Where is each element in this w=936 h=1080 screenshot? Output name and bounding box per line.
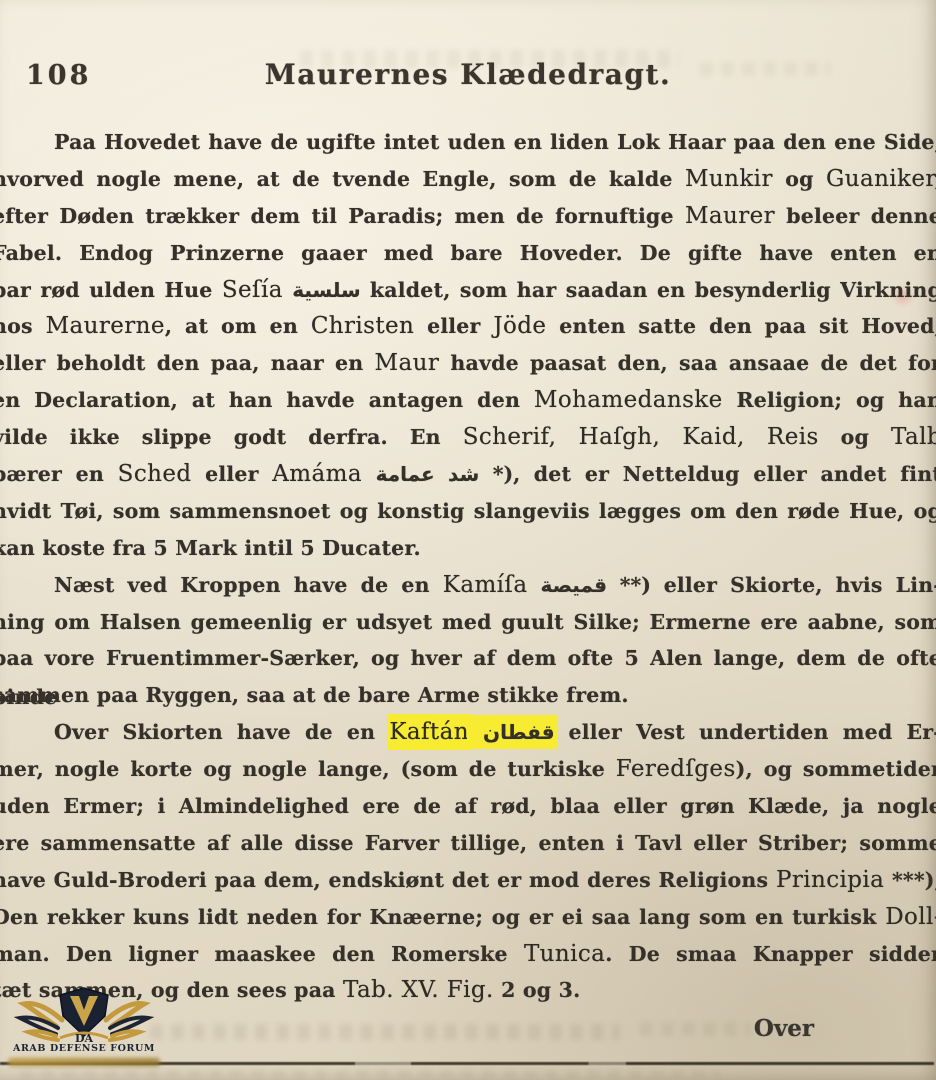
text-segment: hos: [0, 314, 46, 338]
text-line: Den rekker kuns lidt neden for Knæerne; …: [0, 899, 936, 936]
catchword: Over: [754, 1015, 814, 1042]
text-line: vilde ikke slippe godt derfra. En Scheri…: [0, 419, 936, 456]
antiqua-word: Munkir: [685, 166, 773, 192]
text-segment: beleer denne: [775, 204, 936, 228]
shield-icon: [60, 988, 108, 1036]
antiqua-word: Jöde: [493, 313, 546, 339]
antiqua-word: Maur: [375, 350, 440, 376]
text-line: hvorved nogle mene, at de tvende Engle, …: [0, 161, 936, 198]
arabic-word: شد عمامة: [376, 462, 480, 486]
antiqua-word: Talb: [891, 424, 936, 450]
text-line: bar rød ulden Hue Seſía سلسية kaldet, so…: [0, 272, 936, 309]
text-line: uden Ermer; i Almindelighed ere de af rø…: [0, 788, 936, 825]
antiqua-word: Maurerne: [46, 313, 165, 339]
text-segment: hvidt Tøi, som sammensnoet og konstig sl…: [0, 499, 936, 523]
text-line: Over Skiorten have de en Kaftán قفطان el…: [0, 714, 936, 751]
text-segment: have Guld-Broderi paa dem, endskiønt det…: [0, 868, 776, 892]
text-segment: *), det er Netteldug eller andet fint: [479, 462, 936, 486]
antiqua-word: Maurer: [685, 203, 775, 229]
text-segment: bar rød ulden Hue: [0, 278, 222, 302]
right-wing-icon: [106, 1004, 148, 1040]
antiqua-word: Tunica: [524, 941, 605, 967]
text-line: Paa Hovedet have de ugifte intet uden en…: [0, 124, 936, 161]
antiqua-word: Tab. XV. Fig.: [343, 977, 494, 1003]
antiqua-word: Seſía: [222, 277, 283, 303]
text-line: en Declaration, at han havde antagen den…: [0, 382, 936, 419]
eagle-shield-icon: DA: [4, 986, 164, 1044]
text-segment: [362, 462, 376, 486]
bleed-through-smudge: [640, 1022, 750, 1036]
scanned-book-page: 108 Maurernes Klædedragt. Paa Hovedet ha…: [0, 0, 936, 1080]
text-segment: , at om en: [165, 314, 311, 338]
antiqua-word: Principia: [776, 867, 884, 893]
text-segment: ere sammensatte af alle disse Farver til…: [0, 831, 936, 855]
watermark-url-blur: [8, 1058, 160, 1066]
text-line: paa vore Fruentimmer-Særker, og hver af …: [0, 640, 936, 677]
text-line: ning om Halsen gemeenlig er udsyet med g…: [0, 604, 936, 641]
arabic-word: قميصة: [540, 573, 607, 597]
text-segment: [527, 573, 540, 597]
text-line: sammen paa Ryggen, saa at de bare Arme s…: [0, 677, 936, 714]
text-segment: eller beholdt den paa, naar en: [0, 351, 375, 375]
text-segment: ning om Halsen gemeenlig er udsyet med g…: [0, 610, 936, 634]
text-segment: . De smaa Knapper sidder: [605, 942, 936, 966]
arabic-word: سلسية: [292, 278, 360, 302]
text-segment: efter Døden trækker dem til Paradis; men…: [0, 204, 685, 228]
text-segment: bærer en: [0, 462, 118, 486]
text-line: bærer en Sched eller Amáma شد عمامة *), …: [0, 456, 936, 493]
bleed-through-smudge: [150, 1024, 620, 1040]
text-segment: ***),: [884, 868, 936, 892]
text-segment: Over Skiorten have de en: [54, 720, 389, 744]
text-line: have Guld-Broderi paa dem, endskiønt det…: [0, 862, 936, 899]
text-segment: kan koste fra 5 Mark intil 5 Ducater.: [0, 536, 421, 560]
text-segment: vilde ikke slippe godt derfra. En: [0, 425, 463, 449]
watermark-logo: DA ARAB DEFENSE FORUM: [4, 986, 174, 1078]
text-segment: **) eller Skiorte, hvis Lin-: [607, 573, 936, 597]
text-segment: eller: [191, 462, 272, 486]
text-segment: og: [773, 167, 826, 191]
text-line: ere sammensatte af alle disse Farver til…: [0, 825, 936, 862]
text-segment: hvorved nogle mene, at de tvende Engle, …: [0, 167, 685, 191]
body-text: Paa Hovedet have de ugifte intet uden en…: [0, 124, 936, 1009]
text-segment: eller Vest undertiden med Er-: [555, 720, 936, 744]
antiqua-word: Kamíſa: [443, 572, 528, 598]
antiqua-word: Feredſges: [616, 756, 736, 782]
text-segment: eller: [414, 314, 493, 338]
antiqua-word: Guaniker,: [826, 166, 936, 192]
text-segment: man. Den ligner maaskee den Romerske: [0, 942, 524, 966]
text-segment: Religion; og han: [723, 388, 936, 412]
text-segment: havde paasat den, saa ansaae de det for: [439, 351, 936, 375]
text-segment: uden Ermer; i Almindelighed ere de af rø…: [0, 794, 936, 818]
text-segment: mer, nogle korte og nogle lange, (som de…: [0, 757, 616, 781]
antiqua-word: Doll-: [885, 904, 936, 930]
antiqua-word: Christen: [311, 313, 414, 339]
text-segment: [469, 720, 483, 744]
text-segment: og: [819, 425, 891, 449]
text-line: hos Maurerne, at om en Christen eller Jö…: [0, 308, 936, 345]
text-line: eller beholdt den paa, naar en Maur havd…: [0, 345, 936, 382]
text-segment: 2 og 3.: [494, 978, 581, 1002]
left-wing-icon: [20, 1004, 62, 1040]
text-line: mer, nogle korte og nogle lange, (som de…: [0, 751, 936, 788]
text-segment: ), og sommetider: [736, 757, 936, 781]
watermark-title: ARAB DEFENSE FORUM: [4, 1043, 164, 1054]
arabic-word: قفطان: [483, 720, 555, 744]
antiqua-word: Mohamedanske: [534, 387, 723, 413]
text-segment: en Declaration, at han havde antagen den: [0, 388, 534, 412]
text-line: Fabel. Endog Prinzerne gaaer med bare Ho…: [0, 235, 936, 272]
text-segment: [283, 278, 292, 302]
text-segment: Fabel. Endog Prinzerne gaaer med bare Ho…: [0, 241, 936, 265]
text-line: Næst ved Kroppen have de en Kamíſa قميصة…: [0, 567, 936, 604]
antiqua-word: Kaftán: [389, 719, 469, 745]
running-head: Maurernes Klædedragt.: [0, 58, 936, 91]
text-segment: sammen paa Ryggen, saa at de bare Arme s…: [0, 683, 629, 707]
text-segment: Den rekker kuns lidt neden for Knæerne; …: [0, 905, 885, 929]
text-line: hvidt Tøi, som sammensnoet og konstig sl…: [0, 493, 936, 530]
text-line: kan koste fra 5 Mark intil 5 Ducater.: [0, 530, 936, 567]
antiqua-word: Sched: [118, 461, 192, 487]
antiqua-word: Scherif, Haſgh, Kaid, Reis: [463, 424, 819, 450]
text-segment: Paa Hovedet have de ugifte intet uden en…: [54, 130, 936, 154]
text-segment: enten satte den paa sit Hoved,: [546, 314, 936, 338]
text-line: man. Den ligner maaskee den Romerske Tun…: [0, 936, 936, 973]
text-segment: Næst ved Kroppen have de en: [54, 573, 443, 597]
text-line: efter Døden trækker dem til Paradis; men…: [0, 198, 936, 235]
antiqua-word: Amáma: [272, 461, 362, 487]
text-segment: kaldet, som har saadan en besynderlig Vi…: [361, 278, 936, 302]
